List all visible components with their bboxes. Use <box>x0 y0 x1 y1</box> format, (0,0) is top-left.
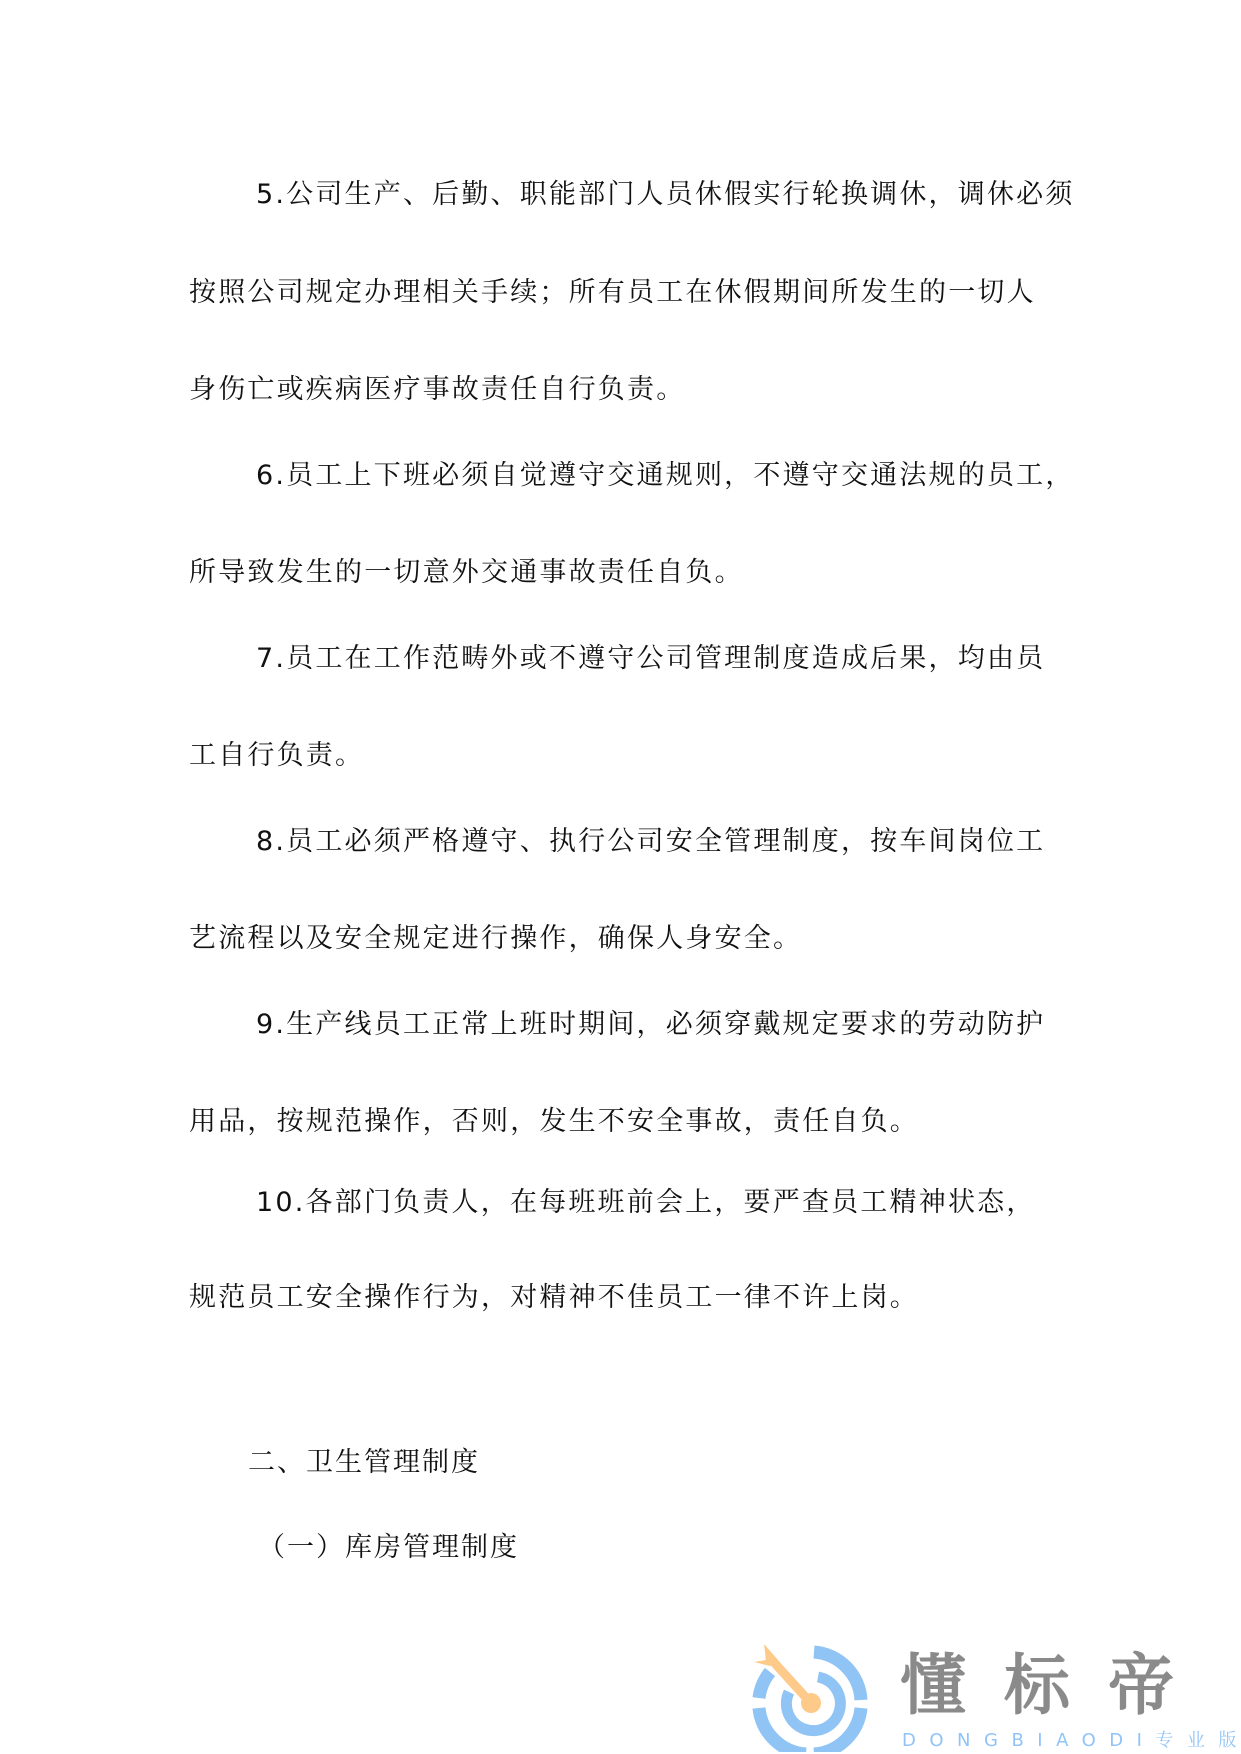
paragraph-8-line-2: 艺流程以及安全规定进行操作，确保人身安全。 <box>189 919 1055 959</box>
paragraph-9-line-2: 用品，按规范操作，否则，发生不安全事故，责任自负。 <box>189 1102 1055 1142</box>
paragraph-10-line-1: 10.各部门负责人，在每班班前会上，要严查员工精神状态， <box>256 1183 1055 1223</box>
paragraph-5-line-2: 按照公司规定办理相关手续；所有员工在休假期间所发生的一切人 <box>189 273 1055 313</box>
paragraph-8-line-1: 8.员工必须严格遵守、执行公司安全管理制度，按车间岗位工 <box>256 822 1055 862</box>
subsection-heading: （一）库房管理制度 <box>258 1528 519 1568</box>
section-heading: 二、卫生管理制度 <box>248 1443 480 1483</box>
paragraph-10-line-2: 规范员工安全操作行为，对精神不佳员工一律不许上岗。 <box>189 1278 1055 1318</box>
paragraph-5-line-3: 身伤亡或疾病医疗事故责任自行负责。 <box>189 370 1055 410</box>
watermark-subtitle: DONGBIAODI专业版 <box>902 1731 1241 1751</box>
paragraph-5-line-1: 5.公司生产、后勤、职能部门人员休假实行轮换调休，调休必须 <box>256 175 1055 215</box>
paragraph-6-line-1: 6.员工上下班必须自觉遵守交通规则，不遵守交通法规的员工， <box>256 456 1055 496</box>
paragraph-9-line-1: 9.生产线员工正常上班时期间，必须穿戴规定要求的劳动防护 <box>256 1005 1055 1045</box>
watermark-logo: 懂标帝 DONGBIAODI专业版 <box>748 1634 1218 1752</box>
paragraph-6-line-2: 所导致发生的一切意外交通事故责任自负。 <box>189 553 1055 593</box>
document-page: 5.公司生产、后勤、职能部门人员休假实行轮换调休，调休必须 按照公司规定办理相关… <box>0 0 1241 1754</box>
watermark-title: 懂标帝 <box>900 1648 1212 1724</box>
paragraph-7-line-1: 7.员工在工作范畴外或不遵守公司管理制度造成后果，均由员 <box>256 639 1055 679</box>
target-arrow-icon <box>748 1634 872 1752</box>
paragraph-7-line-2: 工自行负责。 <box>189 736 1055 776</box>
